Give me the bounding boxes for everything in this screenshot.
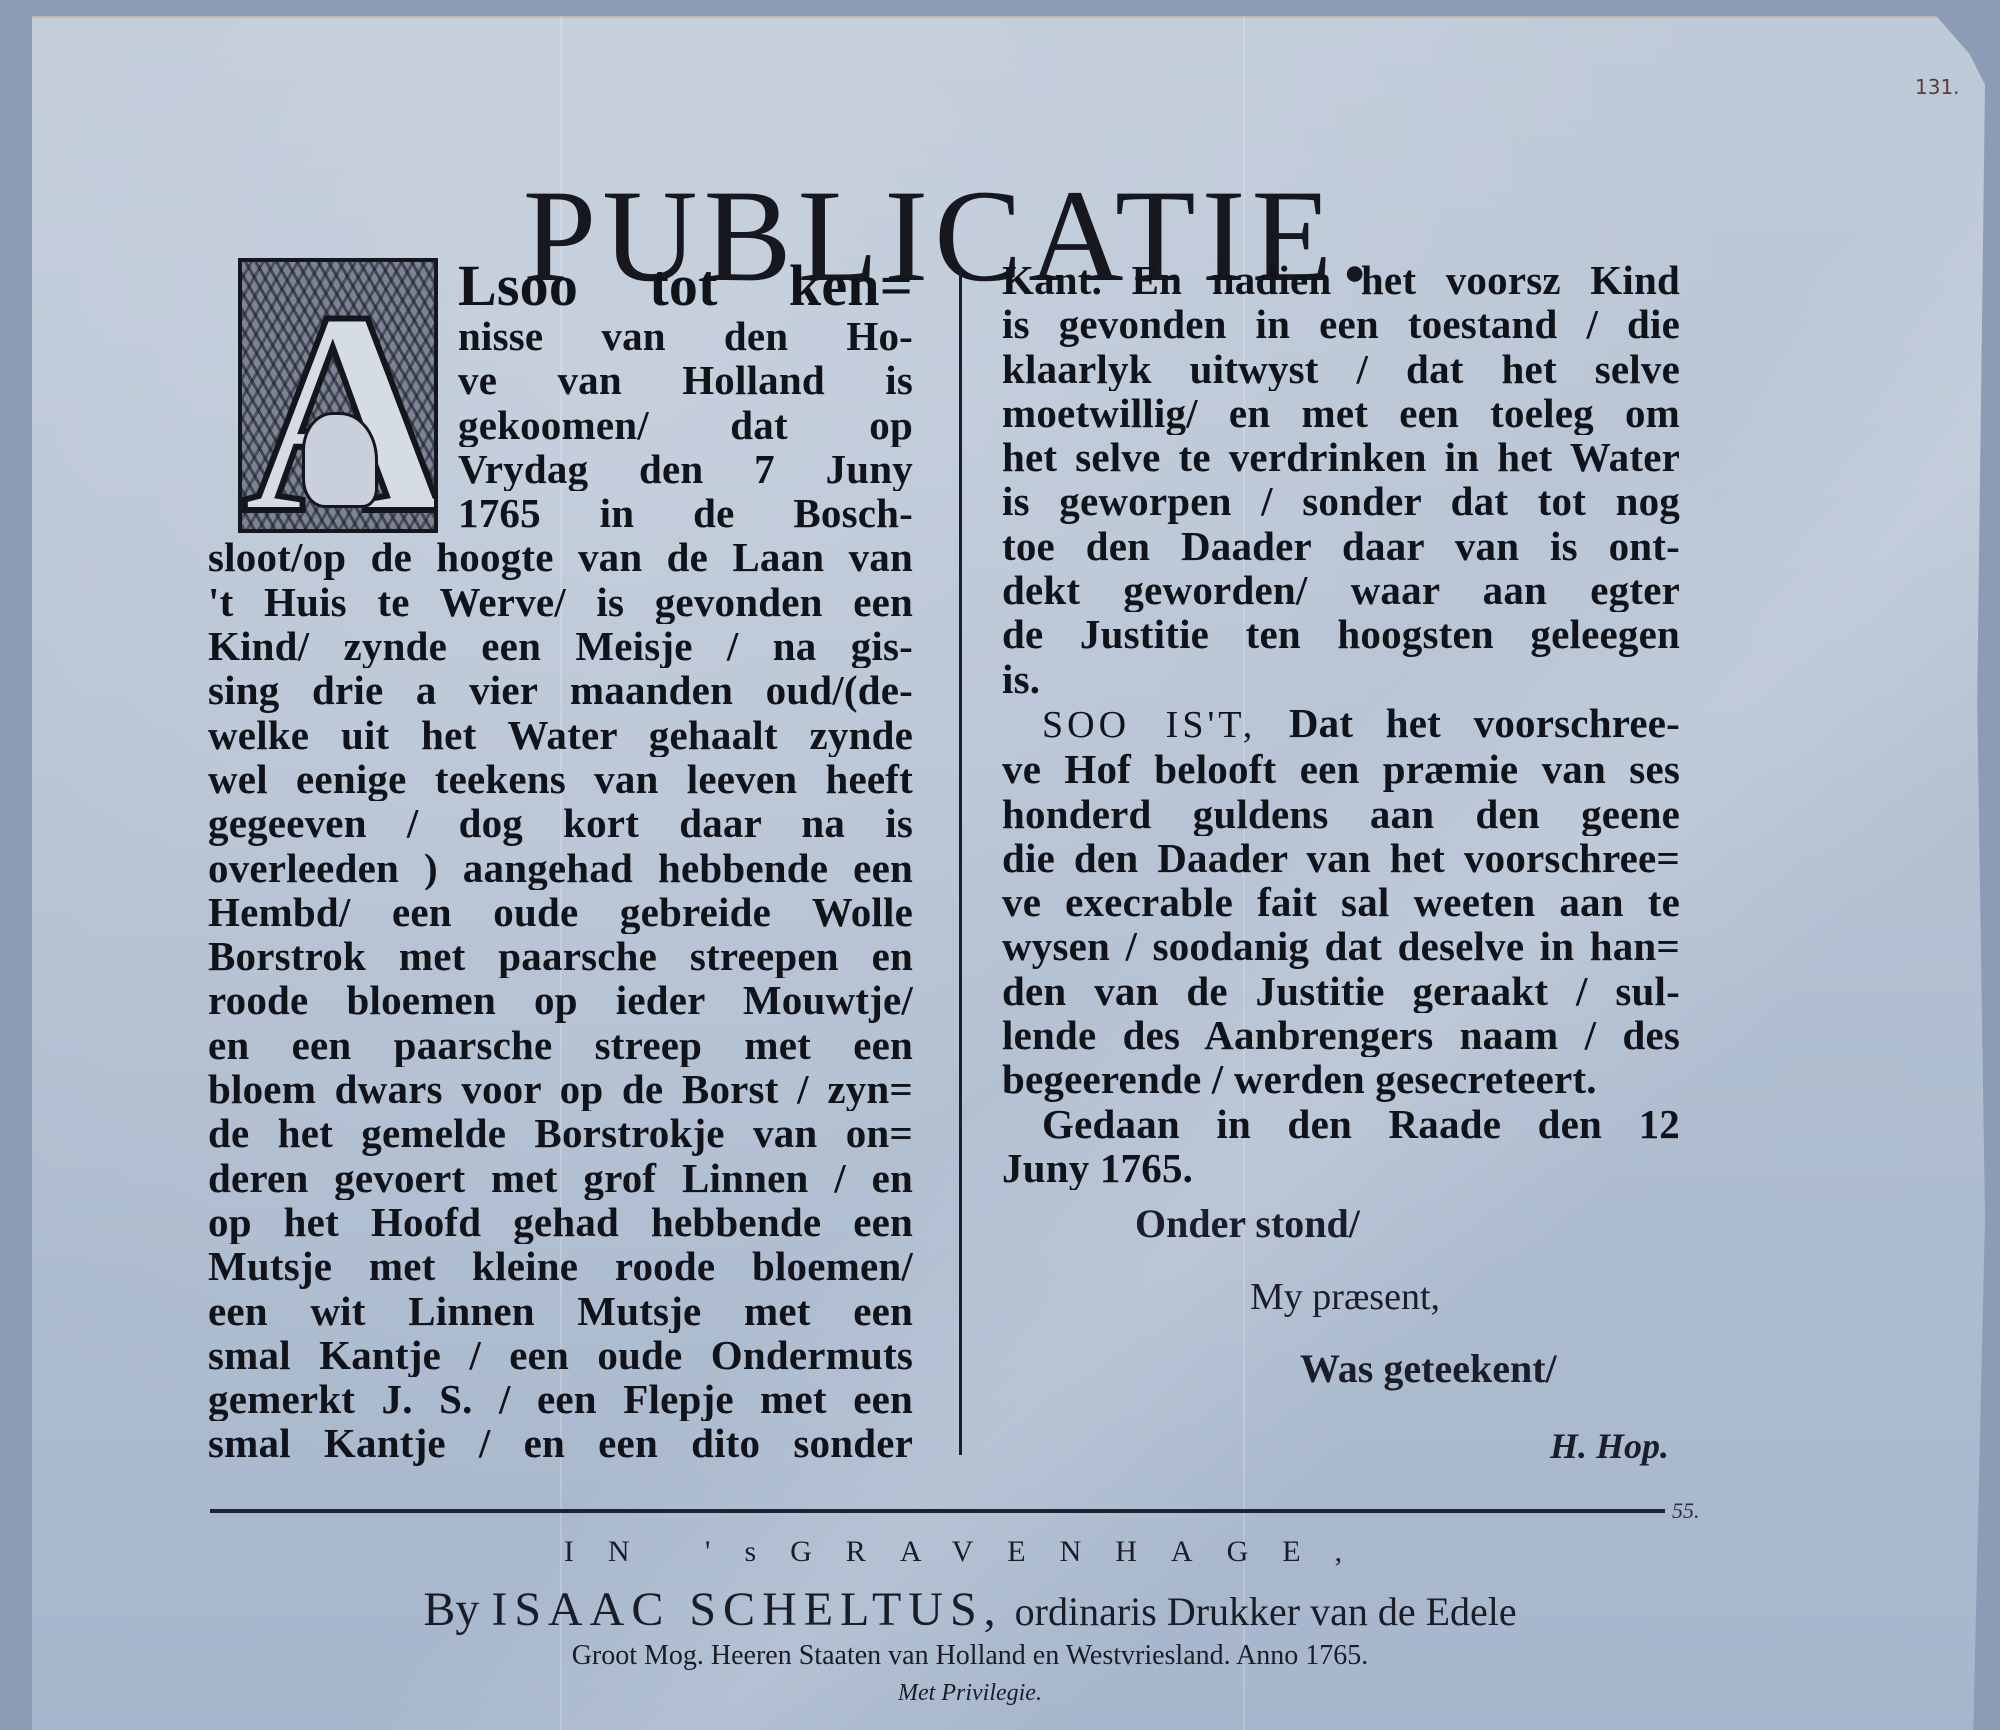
text-line: een wit Linnen Mutsje met een <box>208 1289 913 1333</box>
text-line: lende des Aanbrengers naam / des <box>1002 1013 1680 1057</box>
text-line: sloot/op de hoogte van de Laan van <box>208 535 913 579</box>
soo-ist-rest: Dat het voorschree- <box>1289 701 1680 746</box>
text-line: gegeeven / dog kort daar na is <box>208 801 913 845</box>
text-line: dekt geworden/ waar aan egter <box>1002 568 1680 612</box>
text-line: op het Hoofd gehad hebbende een <box>208 1200 913 1244</box>
imprint-privilege: Met Privilegie. <box>0 1680 1940 1707</box>
text-line: wel eenige teekens van leeven heeft <box>208 757 913 801</box>
column-divider <box>959 270 962 1455</box>
text-line: sing drie a vier maanden oud/(de- <box>208 668 913 712</box>
printer-prefix: By <box>423 1583 479 1636</box>
left-column: A Lsoo tot ken= nisse van den Ho- ve van… <box>208 258 913 1466</box>
text-line: de Justitie ten hoogsten geleegen <box>1002 612 1680 656</box>
onder-stond-label: Onder stond/ <box>1135 1200 1360 1247</box>
text-line: bloem dwars voor op de Borst / zyn= <box>208 1067 913 1111</box>
text-line: begeerende / werden gesecreteert. <box>1002 1057 1680 1101</box>
text-line: die den Daader van het voorschree= <box>1002 836 1680 880</box>
text-line: Kant. En nadien het voorsz Kind <box>1002 258 1680 302</box>
page-number: 131. <box>1915 75 1960 99</box>
printer-name: ISAAC SCHELTUS, <box>491 1583 1002 1636</box>
text-line: is gevonden in een toestand / die <box>1002 302 1680 346</box>
printer-role: ordinaris Drukker van de Edele <box>1015 1589 1517 1634</box>
text-line: klaarlyk uitwyst / dat het selve <box>1002 347 1680 391</box>
text-line: Mutsje met kleine roode bloemen/ <box>208 1244 913 1288</box>
text-line: smal Kantje / een oude Ondermuts <box>208 1333 913 1377</box>
text-line: het selve te verdrinken in het Water <box>1002 435 1680 479</box>
text-line: is. <box>1002 657 1680 701</box>
soo-ist-lead: SOO IS'T, <box>1042 704 1256 746</box>
text-line: Hembd/ een oude gebreide Wolle <box>208 890 913 934</box>
gedaan-line: Gedaan in den Raade den 12 <box>1002 1102 1680 1146</box>
right-column: Kant. En nadien het voorsz Kind is gevon… <box>1002 258 1680 1190</box>
signer-name: H. Hop. <box>1550 1425 1669 1467</box>
dropcap-ornament-icon: A <box>238 258 438 533</box>
text-line: de het gemelde Borstrokje van on= <box>208 1111 913 1155</box>
text-line: den van de Justitie geraakt / sul- <box>1002 969 1680 1013</box>
my-present-label: My præsent, <box>1250 1275 1440 1319</box>
text-line: honderd guldens aan den geene <box>1002 792 1680 836</box>
rule-mark: 55. <box>1672 1498 1700 1524</box>
text-line: ve Hof belooft een præmie van ses <box>1002 747 1680 791</box>
text-line: wysen / soodanig dat deselve in han= <box>1002 924 1680 968</box>
text-line: Borstrok met paarsche streepen en <box>208 934 913 978</box>
imprint-printer: By ISAAC SCHELTUS, ordinaris Drukker van… <box>0 1582 1940 1637</box>
imprint-patrons: Groot Mog. Heeren Staaten van Holland en… <box>0 1640 1940 1672</box>
text-line: toe den Daader daar van is ont- <box>1002 524 1680 568</box>
text-line: roode bloemen op ieder Mouwtje/ <box>208 978 913 1022</box>
imprint-place: IN 'sGRAVENHAGE, <box>0 1535 1940 1569</box>
text-line: ve execrable fait sal weeten aan te <box>1002 880 1680 924</box>
date-line: Juny 1765. <box>1002 1146 1680 1190</box>
text-line: smal Kantje / en een dito sonder <box>208 1421 913 1465</box>
text-line: welke uit het Water gehaalt zynde <box>208 713 913 757</box>
text-line: gemerkt J. S. / een Flepje met een <box>208 1377 913 1421</box>
soo-ist-line: SOO IS'T, Dat het voorschree- <box>1002 701 1680 747</box>
text-line: moetwillig/ en met een toeleg om <box>1002 391 1680 435</box>
was-geteekent-label: Was geteekent/ <box>1300 1345 1557 1392</box>
text-line: 't Huis te Werve/ is gevonden een <box>208 580 913 624</box>
lion-icon <box>302 412 378 508</box>
text-line: is geworpen / sonder dat tot nog <box>1002 479 1680 523</box>
text-line: overleeden ) aangehad hebbende een <box>208 846 913 890</box>
horizontal-rule <box>210 1509 1665 1513</box>
text-line: deren gevoert met grof Linnen / en <box>208 1156 913 1200</box>
text-line: Kind/ zynde een Meisje / na gis- <box>208 624 913 668</box>
text-line: en een paarsche streep met een <box>208 1023 913 1067</box>
